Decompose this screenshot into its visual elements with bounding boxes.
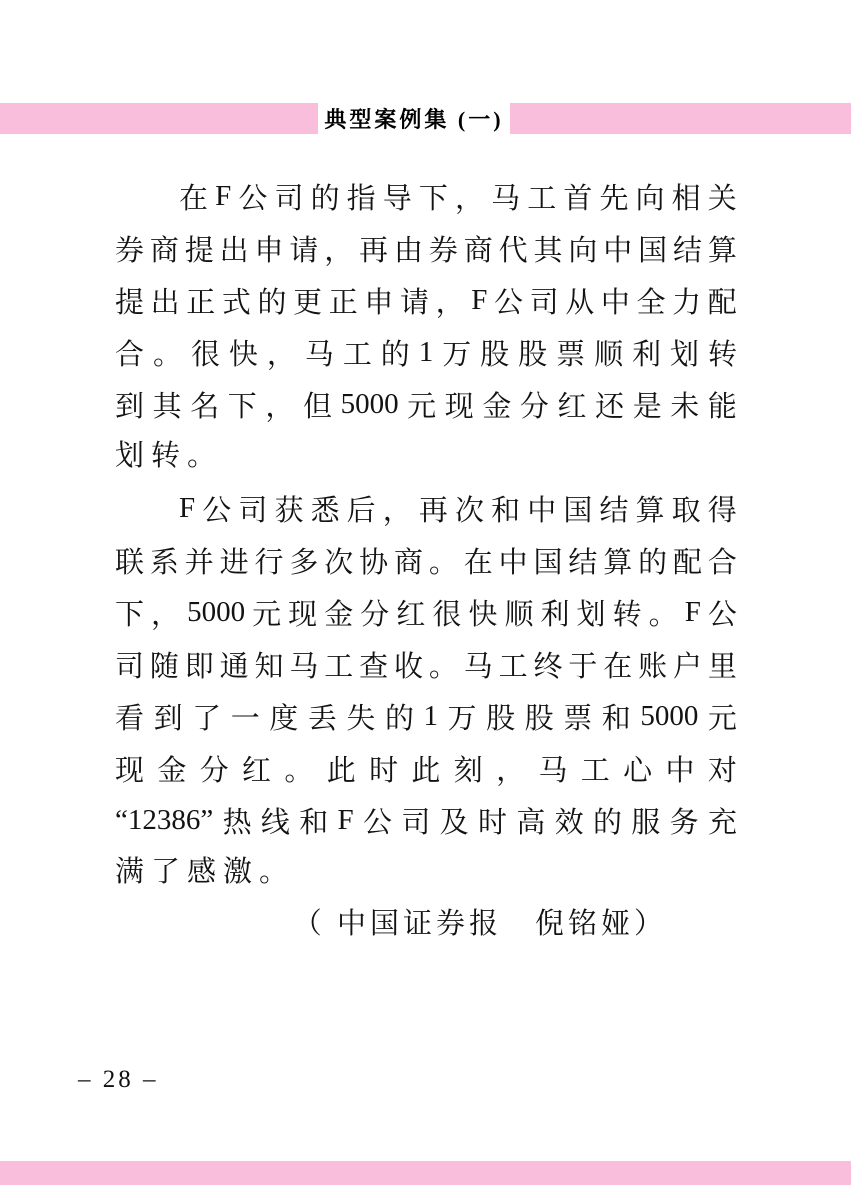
body-text-token: 和 [299,800,328,841]
body-text-token: 利 [632,332,661,373]
body-text-token: 司 [238,488,267,529]
body-text-token: 全 [637,280,666,321]
body-text-token: 国 [563,488,592,529]
body-text-token: 票 [556,332,585,373]
body-text-token: 划 [577,592,606,633]
header-band: 典型案例集 (一) [0,103,851,134]
body-text-token: 及 [440,800,469,841]
body-text-token: 公 [238,176,267,217]
body-text-token: 申 [255,228,284,269]
body-text-token: ， [267,332,296,373]
body-text-token: 工 [527,176,556,217]
body-text-token: “12386” [115,804,213,837]
body-text-token: 次 [324,540,353,581]
page-title: 典型案例集 (一) [324,103,503,134]
body-text-token: 红 [396,592,425,633]
body-text-token: 公 [363,800,392,841]
body-text-token: 司 [530,280,559,321]
footer-band [0,1161,851,1185]
body-text-token: 快 [229,332,258,373]
body-text-token: 中 [601,280,630,321]
body-text-token: 马 [464,644,493,685]
body-text-token: 终 [534,644,563,685]
body-line: 联系并进行多次协商。在中国结算的配合 [115,534,737,586]
body-text-token: 得 [708,488,737,529]
body-text-token: 工 [343,332,372,373]
body-text-token: 次 [455,488,484,529]
body-text-token: 其 [153,384,182,425]
body-text-token: 现 [115,748,144,789]
body-text-token: 马 [491,176,520,217]
body-text-token: 马 [538,748,567,789]
body-text-token: 指 [347,176,376,217]
body-text-token: 合 [115,332,144,373]
body-text-token: 很 [432,592,461,633]
body-text-token: 的 [638,540,667,581]
body-text-token: 里 [708,644,737,685]
body-text-token: 高 [516,800,545,841]
body-text-token: 提 [185,228,214,269]
body-text-token: 结 [673,228,702,269]
body-text-token: 司 [401,800,430,841]
body-line: 司随即通知马工查收。马工终于在账户里 [115,638,737,690]
body-text-token: 中 [665,748,694,789]
body-text-token: 利 [541,592,570,633]
body-text-token: 的 [311,176,340,217]
body-text-token: 先 [599,176,628,217]
body-text-token: 。 [284,748,313,789]
body-text-token: 商 [464,228,493,269]
book-page: 典型案例集 (一) 在F公司的指导下，马工首先向相关券商提出申请，再由券商代其向… [0,0,851,1189]
body-text-token: 到 [115,384,144,425]
body-text-token: 丢 [308,696,337,737]
body-text-token: 红 [242,748,271,789]
body-text-token: 但 [303,384,332,425]
body-text-token: 商 [150,228,179,269]
body-line: 满了感激。 [115,846,737,898]
body-text-token: 线 [261,800,290,841]
body-text-token: ， [383,488,412,529]
body-line: 券商提出申请，再由券商代其向中国结算 [115,222,737,274]
body-text-token: 下 [419,176,448,217]
body-text-token: 元 [252,592,281,633]
body-text-token: 现 [288,592,317,633]
body-text-token: 了 [192,696,221,737]
body-text-token: 转 [708,332,737,373]
body-text-token: 公 [708,592,737,633]
body-text-token: 的 [593,800,622,841]
body-text-token: ， [496,748,525,789]
body-text-token: 1 [419,336,434,369]
body-text-token: 分 [200,748,229,789]
body-text-token: 代 [499,228,528,269]
body-text-token: 知 [255,644,284,685]
body-text-token: 下 [228,384,257,425]
body-text-token: 5000 [187,596,245,629]
body-text-token: 首 [563,176,592,217]
body-text-token: 其 [534,228,563,269]
body-text-token: 式 [222,280,251,321]
body-text-token: 算 [636,488,665,529]
body-text-token: 分 [520,384,549,425]
body-text-token: 马 [305,332,334,373]
body-text-token: 金 [482,384,511,425]
body-text-token: 快 [468,592,497,633]
body-text-token: 。 [429,540,458,581]
body-text-token: 红 [558,384,587,425]
body-text-token: 国 [638,228,667,269]
body-text-token: 出 [151,280,180,321]
body-text-token: 国 [534,540,563,581]
body-text-token: 5000 [341,388,399,421]
body-text-token: 户 [673,644,702,685]
body-text-token: 获 [274,488,303,529]
body-line: 划转。 [115,430,737,482]
body-text-token: 请 [289,228,318,269]
body-text-token: 向 [568,228,597,269]
body-text-token: 工 [581,748,610,789]
body-text-token: 的 [381,332,410,373]
body-text-token: 和 [491,488,520,529]
body-text-token: 到 [154,696,183,737]
body-text-token: 向 [636,176,665,217]
body-text-token: 中 [499,540,528,581]
body-text-token: 配 [708,280,737,321]
body-text-token: 划 [670,332,699,373]
body-text-token: 算 [708,228,737,269]
body-text-token: 正 [186,280,215,321]
body-text-token: 刻 [454,748,483,789]
body-text-token: 分 [360,592,389,633]
body-text-token: 时 [478,800,507,841]
body-text-token: 金 [324,592,353,633]
body-text-token: 力 [672,280,701,321]
body-text-token: 服 [631,800,660,841]
body-text-token: 司 [115,644,144,685]
body-text-token: 提 [115,280,144,321]
body-text-token: 元 [407,384,436,425]
body-text-token: 心 [623,748,652,789]
body-text-token: 热 [223,800,252,841]
body-text-token: ， [324,228,353,269]
body-text-token: ， [265,384,294,425]
body-text-token: 相 [672,176,701,217]
body-text-token: 马 [289,644,318,685]
body-text-token: 在 [464,540,493,581]
body-text-token: 。 [429,644,458,685]
body-text-token: 公 [494,280,523,321]
body-text-token: 股 [518,332,547,373]
body-line: 现金分红。此时此刻，马工心中对 [115,742,737,794]
body-text-token: 查 [359,644,388,685]
body-text-token: 关 [708,176,737,217]
body-line: 到其名下，但5000元现金分红还是未能 [115,378,737,430]
body-text-token: 请 [400,280,429,321]
body-text-token: 随 [150,644,179,685]
body-text-token: 中 [603,228,632,269]
body-line: 合。很快，马工的1万股股票顺利划转 [115,326,737,378]
body-text-token: 很 [191,332,220,373]
body-text-token: 看 [115,696,144,737]
body-text-token: 对 [708,748,737,789]
body-text-token: ， [455,176,484,217]
body-line: F公司获悉后，再次和中国结算取得 [179,482,737,534]
body-text-token: 收 [394,644,423,685]
body-text-token: ， [436,280,465,321]
body-text-token: 是 [633,384,662,425]
body-text-token: 顺 [504,592,533,633]
body-text-token: 在 [179,176,208,217]
body-text-token: 进 [220,540,249,581]
body-text-token: 的 [258,280,287,321]
header-band-left [0,103,318,134]
body-text-token: 由 [394,228,423,269]
body-text-token: 1 [424,700,439,733]
body-text-token: 即 [185,644,214,685]
body-text-token: 。 [649,592,678,633]
body-text-token: F [685,596,701,629]
body-text-token: 在 [603,644,632,685]
body-text-token: 取 [672,488,701,529]
body-text-token: 此 [327,748,356,789]
body-line: 在F公司的指导下，马工首先向相关 [179,170,737,222]
body-text-token: 从 [565,280,594,321]
body-text-token: 下 [115,592,144,633]
body-text-token: F [338,804,354,837]
body-text-token: 再 [419,488,448,529]
header-title-gap: 典型案例集 (一) [318,103,510,134]
body-text-token: 工 [499,644,528,685]
attribution-line: （ 中国证券报 倪铭娅） [115,898,737,950]
body-text-token: 金 [157,748,186,789]
body-text-token: 转 [613,592,642,633]
body-text-token: 效 [555,800,584,841]
body-text-token: 于 [568,644,597,685]
body-text-token: 算 [603,540,632,581]
body-text-token: F [215,180,231,213]
body-text-token: 导 [383,176,412,217]
body-text-token: 失 [346,696,375,737]
body-text-token: 此 [411,748,440,789]
body-text-token: 通 [220,644,249,685]
body-text-token: 现 [445,384,474,425]
body-text-token: 账 [638,644,667,685]
body-text-token: 能 [708,384,737,425]
body-text-token: 股 [480,332,509,373]
body-text-token: 工 [324,644,353,685]
body-text-token: 协 [359,540,388,581]
body-text-token: 未 [670,384,699,425]
body-text-token: 和 [602,696,631,737]
body-text-token: 更 [293,280,322,321]
body-text-token: 合 [708,540,737,581]
body-text-token: F [179,492,195,525]
body-line: 下，5000元现金分红很快顺利划转。F公 [115,586,737,638]
body-text-token: ， [151,592,180,633]
body-text-token: 股 [486,696,515,737]
body-text-token: 一 [231,696,260,737]
body-text-token: 务 [670,800,699,841]
body-text-token: F [471,284,487,317]
body-text-token: 出 [220,228,249,269]
body-text-token: 万 [448,696,477,737]
body-text-token: 结 [568,540,597,581]
body-text-token: 并 [185,540,214,581]
body-text-token: 万 [442,332,471,373]
body-text-token: 司 [274,176,303,217]
body-text-token: 券 [115,228,144,269]
body-text-token: 券 [429,228,458,269]
body-text-token: 度 [269,696,298,737]
body-text-token: 行 [255,540,284,581]
body-text-token: 商 [394,540,423,581]
body-text-token: 5000 [640,700,698,733]
body-text-token: 还 [595,384,624,425]
body-text-token: 后 [347,488,376,529]
body-text-token: 悉 [311,488,340,529]
body-text-token: 顺 [594,332,623,373]
body-text-token: 时 [369,748,398,789]
body-text-token: 中 [527,488,556,529]
page-number: – 28 – [78,1066,159,1094]
body-text: 在F公司的指导下，马工首先向相关券商提出申请，再由券商代其向中国结算提出正式的更… [115,170,737,950]
body-text-token: 正 [329,280,358,321]
body-line: 提出正式的更正申请，F公司从中全力配 [115,274,737,326]
body-text-token: 配 [673,540,702,581]
body-text-token: 的 [385,696,414,737]
body-line: 看到了一度丢失的1万股股票和5000元 [115,690,737,742]
body-text-token: 股 [525,696,554,737]
body-text-token: 系 [150,540,179,581]
body-text-token: 联 [115,540,144,581]
body-text-token: 名 [190,384,219,425]
body-line: “12386”热线和F公司及时高效的服务充 [115,794,737,846]
body-text-token: 多 [289,540,318,581]
body-text-token: 票 [563,696,592,737]
body-text-token: 充 [708,800,737,841]
body-text-token: 申 [364,280,393,321]
body-text-token: 元 [708,696,737,737]
body-text-token: 。 [153,332,182,373]
body-text-token: 公 [202,488,231,529]
body-text-token: 再 [359,228,388,269]
header-band-right [510,103,851,134]
body-text-token: 结 [599,488,628,529]
